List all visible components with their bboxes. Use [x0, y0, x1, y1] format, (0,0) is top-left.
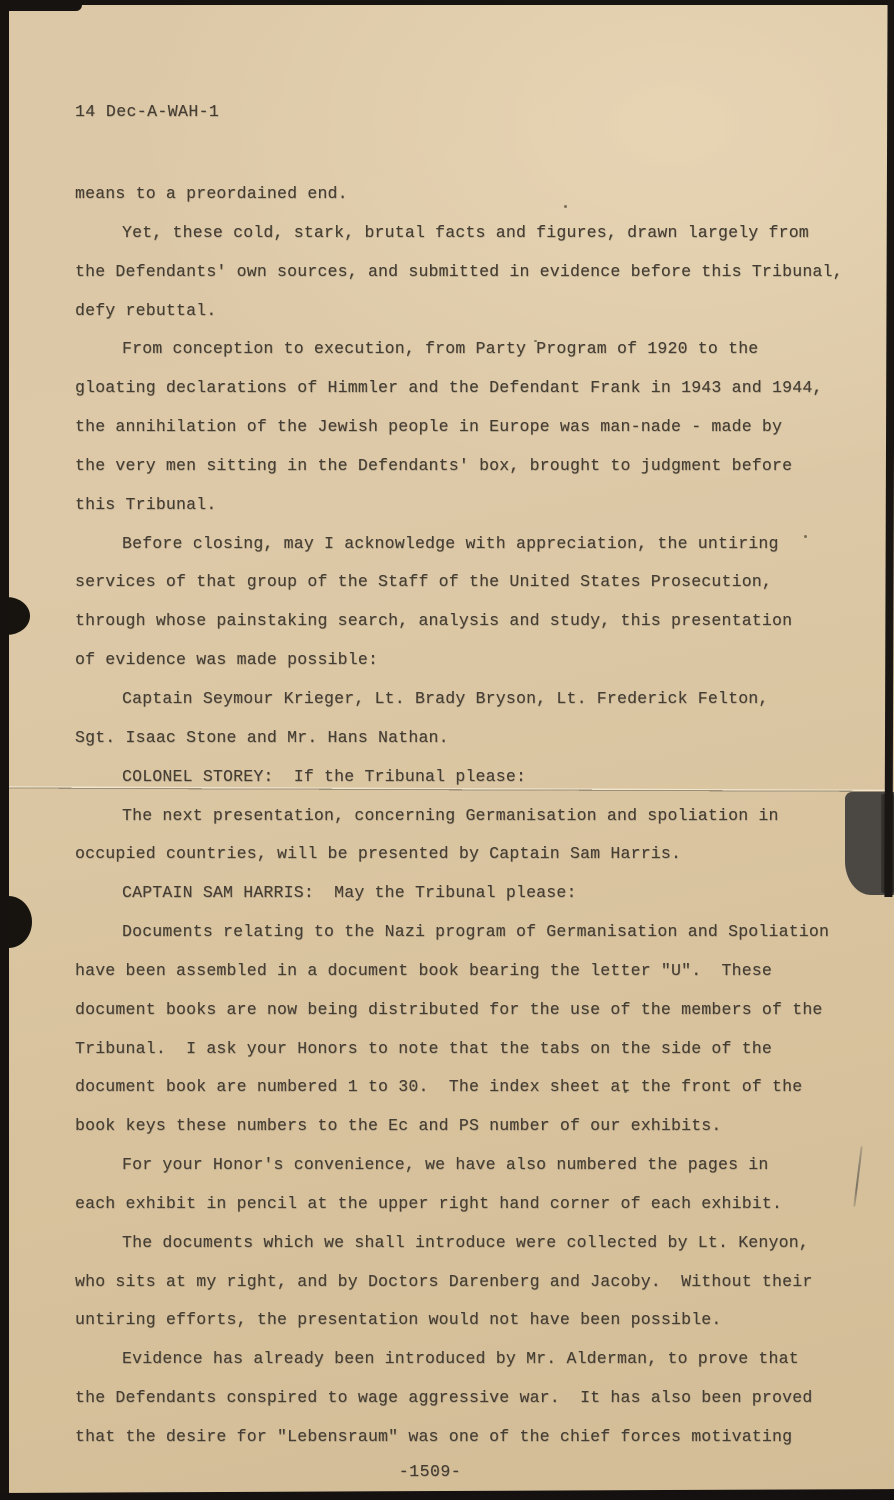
scanned-document-page: { "colors": { "paper": "#dcc8a6", "ink":…: [0, 0, 894, 1500]
text-line: who sits at my right, and by Doctors Dar…: [75, 1272, 865, 1311]
text-line: untiring efforts, the presentation would…: [75, 1310, 865, 1349]
text-line: book keys these numbers to the Ec and PS…: [75, 1116, 865, 1155]
text-line: the Defendants' own sources, and submitt…: [75, 262, 865, 301]
text-line: the Defendants conspired to wage aggress…: [75, 1388, 865, 1427]
text-line: For your Honor's convenience, we have al…: [75, 1155, 865, 1194]
text-line: Documents relating to the Nazi program o…: [75, 922, 865, 961]
text-line: the very men sitting in the Defendants' …: [75, 456, 865, 495]
page-number: -1509-: [0, 1462, 860, 1481]
text-line: CAPTAIN SAM HARRIS: May the Tribunal ple…: [75, 883, 865, 922]
scan-edge-top: [0, 0, 894, 5]
text-line: Before closing, may I acknowledge with a…: [75, 534, 865, 573]
text-line: defy rebuttal.: [75, 301, 865, 340]
text-line: each exhibit in pencil at the upper righ…: [75, 1194, 865, 1233]
page-header: 14 Dec-A-WAH-1: [75, 102, 219, 121]
text-line: the annihilation of the Jewish people in…: [75, 417, 865, 456]
text-line: have been assembled in a document book b…: [75, 961, 865, 1000]
text-line: Tribunal. I ask your Honors to note that…: [75, 1039, 865, 1078]
scan-edge-left: [0, 0, 9, 1500]
text-line: Evidence has already been introduced by …: [75, 1349, 865, 1388]
text-line: Captain Seymour Krieger, Lt. Brady Bryso…: [75, 689, 865, 728]
text-line: means to a preordained end.: [75, 184, 865, 223]
text-line: The documents which we shall introduce w…: [75, 1233, 865, 1272]
text-line: that the desire for "Lebensraum" was one…: [75, 1427, 865, 1466]
text-line: Yet, these cold, stark, brutal facts and…: [75, 223, 865, 262]
text-line: gloating declarations of Himmler and the…: [75, 378, 865, 417]
scan-edge-top-left-corner: [0, 0, 82, 11]
text-line: through whose painstaking search, analys…: [75, 611, 865, 650]
text-line: document books are now being distributed…: [75, 1000, 865, 1039]
text-line: From conception to execution, from Party…: [75, 339, 865, 378]
text-line: occupied countries, will be presented by…: [75, 844, 865, 883]
text-line: of evidence was made possible:: [75, 650, 865, 689]
text-line: services of that group of the Staff of t…: [75, 572, 865, 611]
text-line: Sgt. Isaac Stone and Mr. Hans Nathan.: [75, 728, 865, 767]
text-line: this Tribunal.: [75, 495, 865, 534]
text-line: The next presentation, concerning German…: [75, 806, 865, 845]
text-line: document book are numbered 1 to 30. The …: [75, 1077, 865, 1116]
transcript-text-block: means to a preordained end.Yet, these co…: [75, 184, 865, 1466]
